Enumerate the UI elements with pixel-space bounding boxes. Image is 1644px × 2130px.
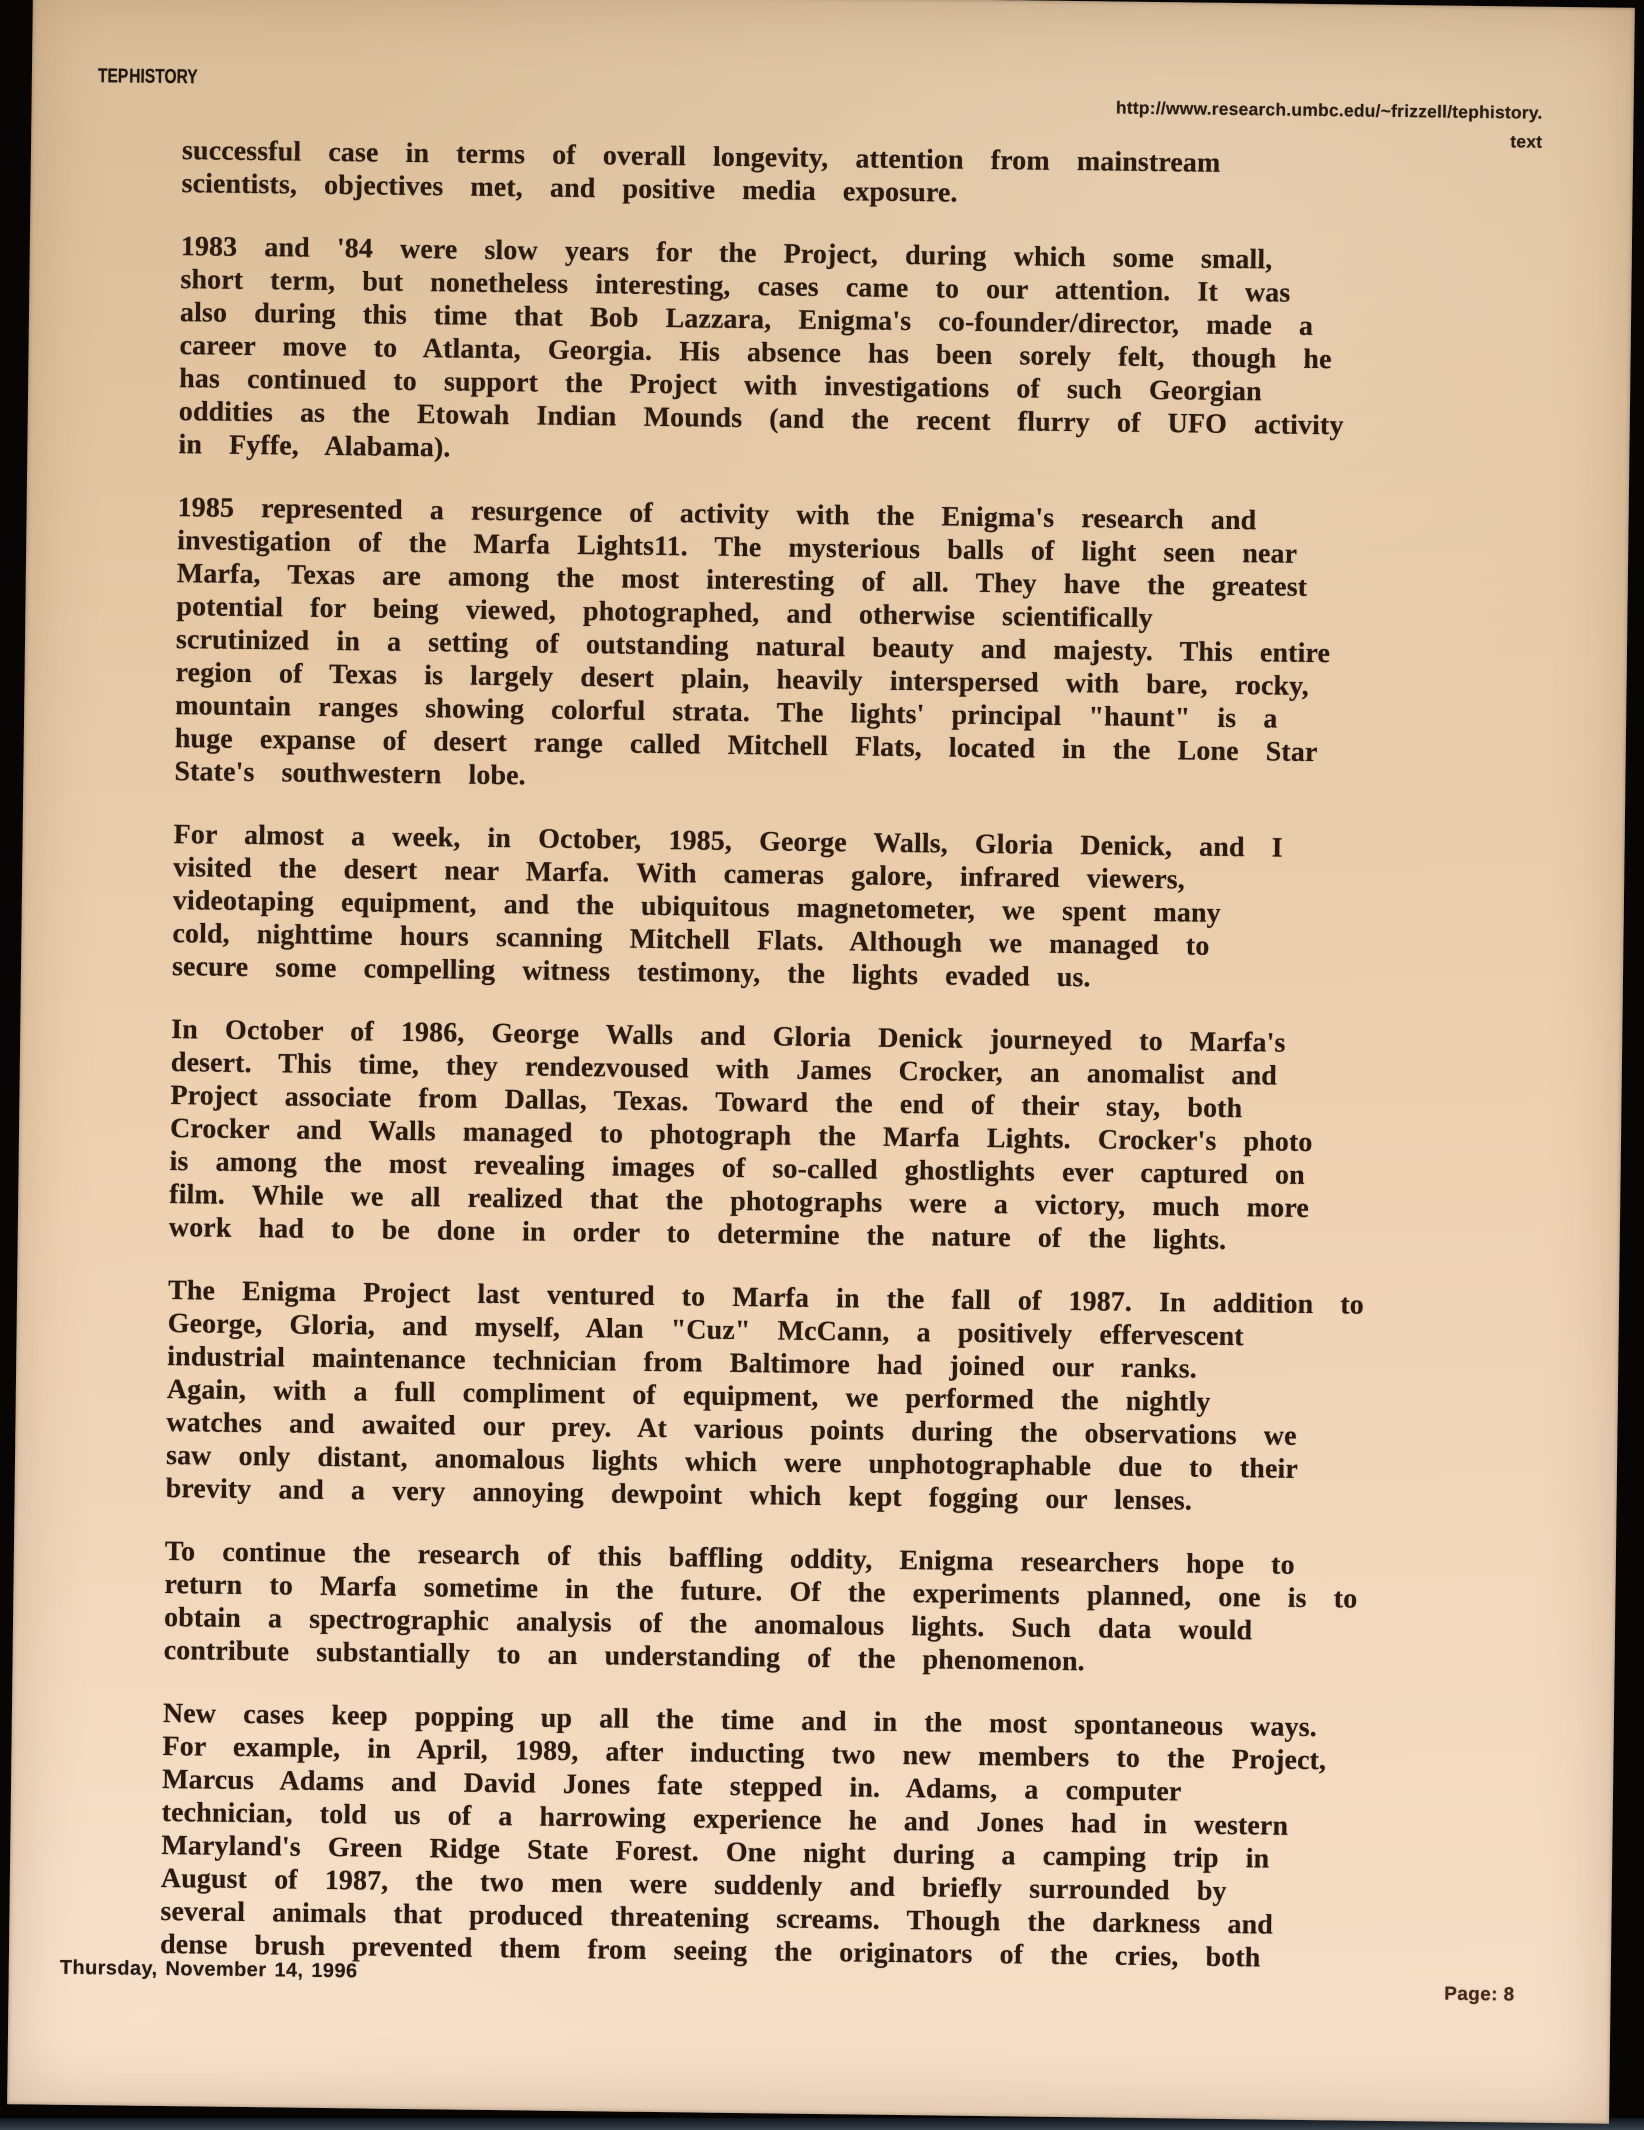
header-url-line1: http://www.research.umbc.edu/~frizzell/t…: [1116, 94, 1543, 128]
paragraph: In October of 1986, George Walls and Glo…: [169, 1013, 1452, 1260]
paragraph: For almost a week, in October, 1985, Geo…: [172, 818, 1454, 999]
paragraph: To continue the research of this bafflin…: [163, 1535, 1445, 1683]
scan-background: TEP HISTORY http://www.research.umbc.edu…: [0, 0, 1644, 2130]
paragraph: 1985 represented a resurgence of activit…: [174, 491, 1458, 804]
page-number: Page: 8: [1444, 1984, 1515, 2007]
document-title-label: TEP HISTORY: [98, 65, 198, 89]
paragraph: 1983 and '84 were slow years for the Pro…: [178, 230, 1461, 477]
body-text: successful case in terms of overall long…: [160, 134, 1463, 2006]
footer-date: Thursday, November 14, 1996: [60, 1957, 358, 1984]
paragraph: The Enigma Project last ventured to Marf…: [165, 1274, 1448, 1521]
paragraph: New cases keep popping up all the time a…: [160, 1697, 1443, 1977]
scanned-page: TEP HISTORY http://www.research.umbc.edu…: [7, 0, 1635, 2124]
